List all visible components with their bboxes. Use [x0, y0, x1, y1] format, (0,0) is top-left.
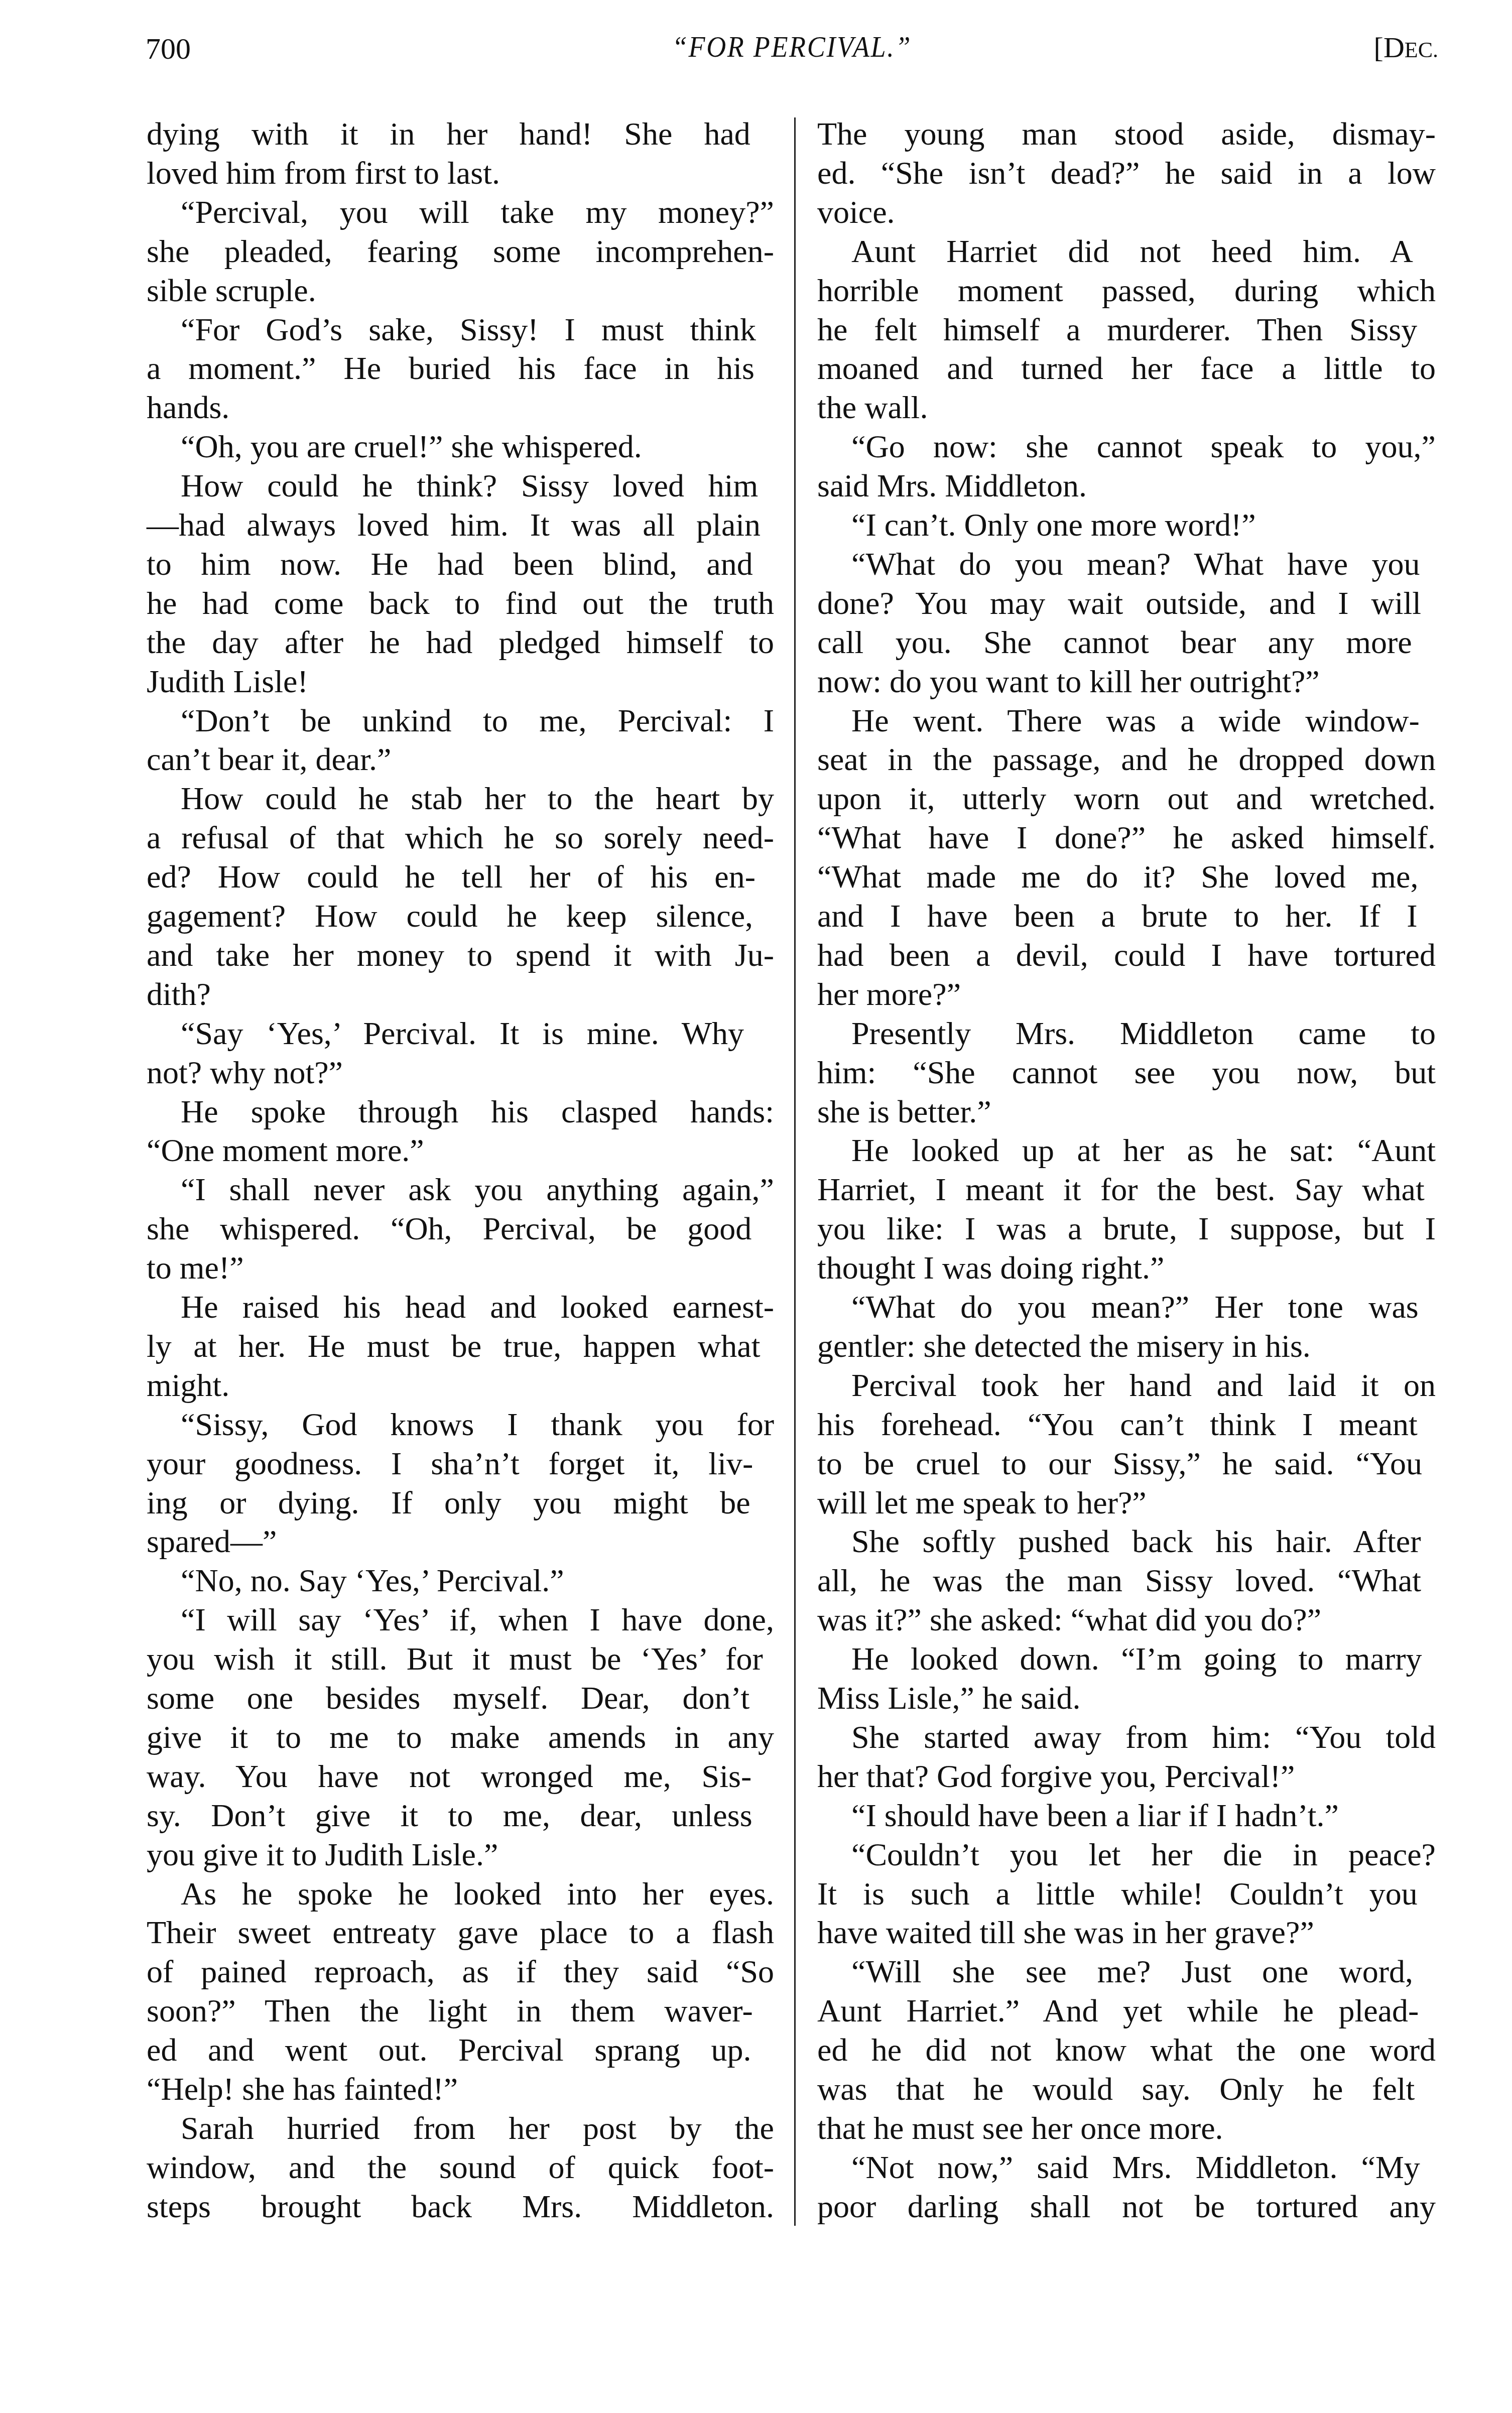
text-line: to me!”	[147, 1248, 774, 1288]
text-line: hands.	[147, 388, 774, 427]
text-line: of pained reproach, as if they said “So	[147, 1952, 774, 1991]
text-line: “No, no. Say ‘Yes,’ Percival.”	[147, 1561, 774, 1600]
text-line: ing or dying. If only you might be	[147, 1483, 774, 1522]
text-line: “Will she see me? Just one word,	[817, 1952, 1436, 1991]
text-line: As he spoke he looked into her eyes.	[147, 1874, 774, 1914]
text-line: loved him from first to last.	[147, 154, 774, 193]
running-title: “FOR PERCIVAL.”	[210, 29, 1374, 64]
text-line: “One moment more.”	[147, 1131, 774, 1170]
text-line: Harriet, I meant it for the best. Say wh…	[817, 1170, 1436, 1209]
text-line: ed. “She isn’t dead?” he said in a low	[817, 154, 1436, 193]
text-line: “Say ‘Yes,’ Percival. It is mine. Why	[147, 1014, 774, 1053]
text-line: She softly pushed back his hair. After	[817, 1522, 1436, 1561]
text-line: him: “She cannot see you now, but	[817, 1053, 1436, 1092]
text-line: was it?” she asked: “what did you do?”	[817, 1600, 1436, 1639]
text-line: “Not now,” said Mrs. Middleton. “My	[817, 2148, 1436, 2187]
text-line: dith?	[147, 975, 774, 1014]
text-line: a moment.” He buried his face in his	[147, 349, 774, 388]
text-line: “I shall never ask you anything again,”	[147, 1170, 774, 1209]
text-line: she pleaded, fearing some incomprehen-	[147, 232, 774, 271]
text-line: will let me speak to her?”	[817, 1483, 1436, 1522]
text-line: call you. She cannot bear any more	[817, 623, 1436, 662]
text-line: he had come back to find out the truth	[147, 584, 774, 623]
text-line: she whispered. “Oh, Percival, be good	[147, 1209, 774, 1248]
text-line: poor darling shall not be tortured any	[817, 2187, 1436, 2226]
text-line: thought I was doing right.”	[817, 1248, 1436, 1288]
text-line: ed? How could he tell her of his en-	[147, 857, 774, 897]
text-line: the wall.	[817, 388, 1436, 427]
text-line: Sarah hurried from her post by the	[147, 2109, 774, 2148]
text-line: He looked up at her as he sat: “Aunt	[817, 1131, 1436, 1170]
text-line: Aunt Harriet did not heed him. A	[817, 232, 1436, 271]
text-line: her more?”	[817, 975, 1436, 1014]
text-line: “For God’s sake, Sissy! I must think	[147, 310, 774, 349]
text-line: a refusal of that which he so sorely nee…	[147, 818, 774, 857]
text-line: your goodness. I sha’n’t forget it, liv-	[147, 1444, 774, 1483]
running-month: [DEC.	[1374, 30, 1438, 68]
text-line: you like: I was a brute, I suppose, but …	[817, 1209, 1436, 1248]
text-line: can’t bear it, dear.”	[147, 740, 774, 779]
text-line: steps brought back Mrs. Middleton.	[147, 2187, 774, 2226]
text-line: sy. Don’t give it to me, dear, unless	[147, 1796, 774, 1835]
text-line: might.	[147, 1366, 774, 1405]
text-line: seat in the passage, and he dropped down	[817, 740, 1436, 779]
text-line: He looked down. “I’m going to marry	[817, 1639, 1436, 1679]
text-line: Percival took her hand and laid it on	[817, 1366, 1436, 1405]
text-line: ed and went out. Percival sprang up.	[147, 2030, 774, 2070]
text-line: “Don’t be unkind to me, Percival: I	[147, 701, 774, 740]
text-line: voice.	[817, 193, 1436, 232]
text-line: you give it to Judith Lisle.”	[147, 1835, 774, 1874]
text-line: some one besides myself. Dear, don’t	[147, 1679, 774, 1718]
text-line: her that? God forgive you, Percival!”	[817, 1757, 1436, 1796]
text-line: Miss Lisle,” he said.	[817, 1679, 1436, 1718]
text-line: “What made me do it? She loved me,	[817, 857, 1436, 897]
text-line: “I will say ‘Yes’ if, when I have done,	[147, 1600, 774, 1639]
text-line: have waited till she was in her grave?”	[817, 1913, 1436, 1952]
text-line: she is better.”	[817, 1092, 1436, 1131]
text-line: to him now. He had been blind, and	[147, 545, 774, 584]
text-line: now: do you want to kill her outright?”	[817, 662, 1436, 701]
text-line: upon it, utterly worn out and wretched.	[817, 779, 1436, 818]
text-line: “Go now: she cannot speak to you,”	[817, 427, 1436, 466]
text-line: to be cruel to our Sissy,” he said. “You	[817, 1444, 1436, 1483]
text-line: “Sissy, God knows I thank you for	[147, 1405, 774, 1444]
text-line: not? why not?”	[147, 1053, 774, 1092]
text-line: “Oh, you are cruel!” she whispered.	[147, 427, 774, 466]
text-line: How could he stab her to the heart by	[147, 779, 774, 818]
text-line: “Help! she has fainted!”	[147, 2070, 774, 2109]
text-line: spared—”	[147, 1522, 774, 1561]
text-line: and I have been a brute to her. If I	[817, 897, 1436, 936]
text-line: Judith Lisle!	[147, 662, 774, 701]
month-bracket: [D	[1374, 31, 1405, 64]
text-line: his forehead. “You can’t think I meant	[817, 1405, 1436, 1444]
text-line: Aunt Harriet.” And yet while he plead-	[817, 1991, 1436, 2030]
text-line: ly at her. He must be true, happen what	[147, 1327, 774, 1366]
text-line: Their sweet entreaty gave place to a fla…	[147, 1913, 774, 1952]
text-line: he felt himself a murderer. Then Sissy	[817, 310, 1436, 349]
text-line: had been a devil, could I have tortured	[817, 936, 1436, 975]
text-line: He went. There was a wide window-	[817, 701, 1436, 740]
text-line: Presently Mrs. Middleton came to	[817, 1014, 1436, 1053]
text-line: the day after he had pledged himself to	[147, 623, 774, 662]
text-line: “I should have been a liar if I hadn’t.”	[817, 1796, 1436, 1835]
text-line: “What do you mean?” Her tone was	[817, 1288, 1436, 1327]
text-line: The young man stood aside, dismay-	[817, 114, 1436, 154]
text-line: “Couldn’t you let her die in peace?	[817, 1835, 1436, 1874]
page-number: 700	[146, 31, 191, 66]
text-line: She started away from him: “You told	[817, 1718, 1436, 1757]
running-header: 700 “FOR PERCIVAL.” [DEC.	[146, 26, 1438, 71]
text-line: way. You have not wronged me, Sis-	[147, 1757, 774, 1796]
text-line: window, and the sound of quick foot-	[147, 2148, 774, 2187]
month-smallcaps: EC.	[1405, 38, 1438, 62]
column-divider-rule	[794, 117, 796, 2226]
text-line: moaned and turned her face a little to	[817, 349, 1436, 388]
text-line: done? You may wait outside, and I will	[817, 584, 1436, 623]
text-line: you wish it still. But it must be ‘Yes’ …	[147, 1639, 774, 1679]
text-line: How could he think? Sissy loved him	[147, 466, 774, 505]
text-line: dying with it in her hand! She had	[147, 114, 774, 154]
text-line: sible scruple.	[147, 271, 774, 310]
text-line: It is such a little while! Couldn’t you	[817, 1874, 1436, 1914]
text-line: “Percival, you will take my money?”	[147, 193, 774, 232]
text-line: gagement? How could he keep silence,	[147, 897, 774, 936]
text-line: He spoke through his clasped hands:	[147, 1092, 774, 1131]
text-line: horrible moment passed, during which	[817, 271, 1436, 310]
text-line: and take her money to spend it with Ju-	[147, 936, 774, 975]
text-line: was that he would say. Only he felt	[817, 2070, 1436, 2109]
text-line: ed he did not know what the one word	[817, 2030, 1436, 2070]
text-line: He raised his head and looked earnest-	[147, 1288, 774, 1327]
text-line: —had always loved him. It was all plain	[147, 505, 774, 545]
text-line: “I can’t. Only one more word!”	[817, 505, 1436, 545]
text-line: “What have I done?” he asked himself.	[817, 818, 1436, 857]
text-line: said Mrs. Middleton.	[817, 466, 1436, 505]
text-line: all, he was the man Sissy loved. “What	[817, 1561, 1436, 1600]
text-line: gentler: she detected the misery in his.	[817, 1327, 1436, 1366]
text-line: that he must see her once more.	[817, 2109, 1436, 2148]
text-line: “What do you mean? What have you	[817, 545, 1436, 584]
book-page: 700 “FOR PERCIVAL.” [DEC. dying with it …	[0, 0, 1512, 2413]
text-line: give it to me to make amends in any	[147, 1718, 774, 1757]
text-line: soon?” Then the light in them waver-	[147, 1991, 774, 2030]
